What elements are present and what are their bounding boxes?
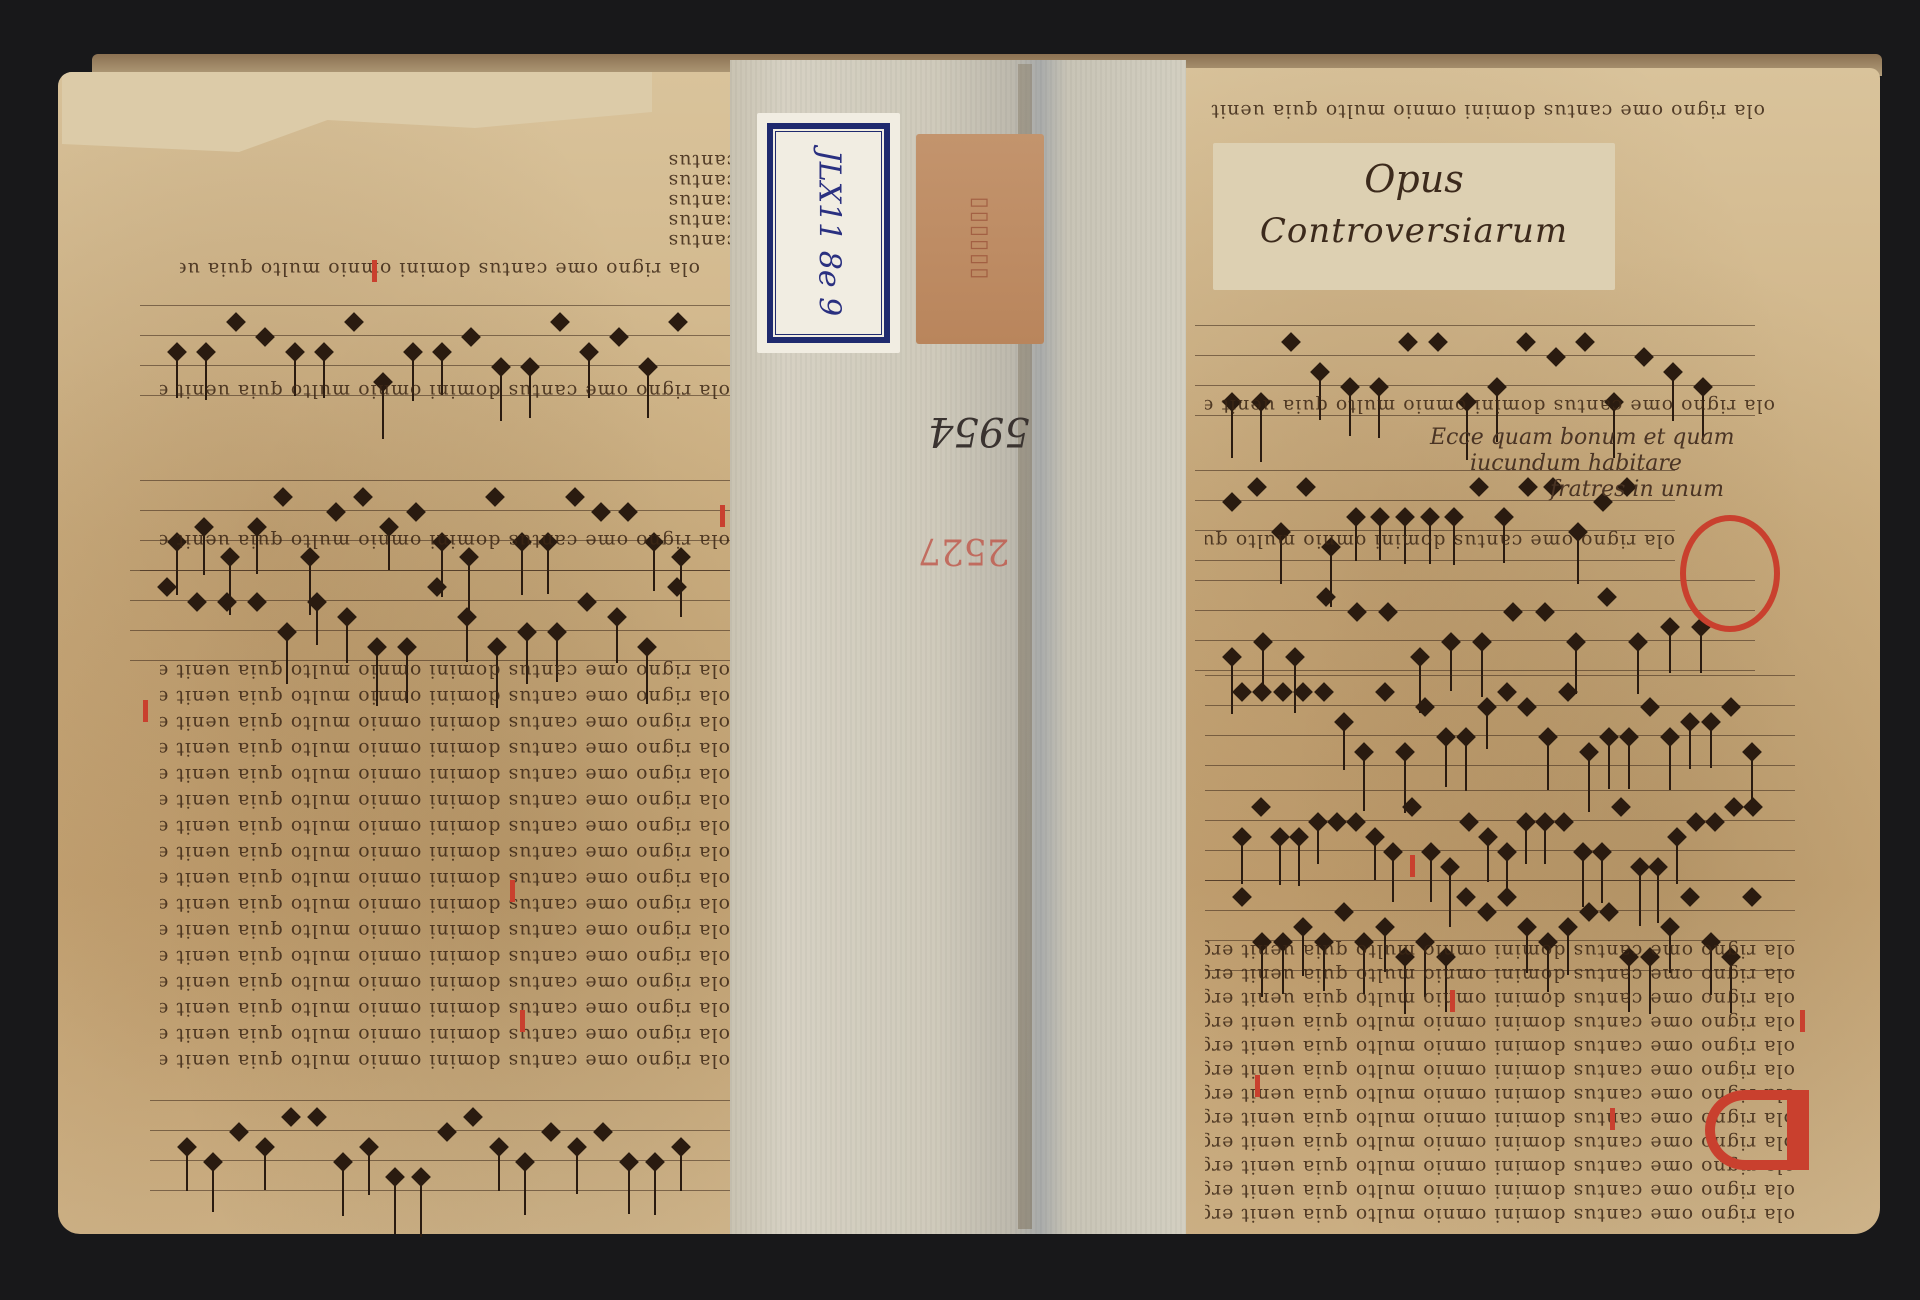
shelf-mark-label: JLX11 8e 9 [757, 113, 900, 353]
manuscript-text-line: ola rigno ome cantus domini omnio multo … [1205, 1060, 1795, 1082]
rubric-mark [510, 880, 515, 902]
note-stem [1657, 868, 1659, 923]
note-stem [1481, 643, 1483, 697]
title-line-2: Controversiarum [1213, 211, 1615, 251]
note-stem [1430, 853, 1432, 902]
manuscript-text-line: ola rigno ome cantus domini omnio multo … [1205, 395, 1775, 417]
note-stem [1676, 838, 1678, 884]
note-stem [1363, 753, 1365, 811]
manuscript-text-line: ola rigno ome cantus domini omnio multo … [1205, 1012, 1795, 1034]
manuscript-text-line: ola rigno ome cantus domini omnio multo … [160, 842, 730, 864]
rubric-mark [1610, 1108, 1615, 1130]
note-stem [1392, 853, 1394, 902]
manuscript-text-line: ola rigno ome cantus domini omnio multo … [1205, 530, 1675, 552]
manuscript-text-line: ola rigno ome cantus domini omnio multo … [1205, 100, 1765, 122]
torn-corner [62, 72, 652, 152]
staff-line [1205, 790, 1795, 791]
note-stem [616, 618, 618, 663]
note-stem [1465, 738, 1467, 791]
note-stem [1445, 738, 1447, 787]
manuscript-text-line: ola rigno ome cantus domini omnio multo … [1205, 1156, 1795, 1178]
rubric-mark [1800, 1010, 1805, 1032]
manuscript-text-line: ola rigno ome cantus domini omnio multo … [1205, 1084, 1795, 1106]
staff-line [1205, 735, 1795, 736]
note-stem [1486, 708, 1488, 749]
rubric-mark [1410, 855, 1415, 877]
staff-line [150, 1160, 730, 1161]
note-stem [1241, 838, 1243, 884]
shelf-mark-text: JLX11 8e 9 [811, 150, 846, 316]
manuscript-text-line: ola rigno ome cantus domini omnio multo … [160, 1050, 730, 1072]
note-stem [1450, 643, 1452, 691]
staff-line [150, 1100, 730, 1101]
manuscript-text-line: ola rigno ome cantus domini omnio multo … [160, 764, 730, 786]
manuscript-text-line: ola rigno ome cantus domini omnio multo … [1205, 1180, 1795, 1202]
manuscript-text-line: ola rigno ome cantus domini omnio multo … [160, 946, 730, 968]
rubric-mark [372, 260, 377, 282]
staff-line [1195, 325, 1755, 326]
manuscript-text-line: ola rigno ome cantus domini omnio multo … [1205, 940, 1795, 962]
manuscript-text-line: ola rigno ome cantus domini omnio multo … [160, 790, 730, 812]
note-stem [420, 1178, 422, 1237]
note-stem [1317, 823, 1319, 864]
annotation-line-1: Ecce quam bonum et quam [1430, 425, 1870, 451]
red-initial-o [1680, 515, 1780, 632]
staff-line [130, 570, 730, 571]
note-stem [576, 1148, 578, 1194]
staff-line [130, 630, 730, 631]
staff-line [1195, 355, 1755, 356]
manuscript-text-line: ola rigno ome cantus domini omnio multo … [1205, 1204, 1795, 1226]
title-label: Opus Controversiarum [1213, 143, 1615, 290]
manuscript-text-line: ola rigno ome cantus domini omnio multo … [160, 894, 730, 916]
title-line-1: Opus [1213, 157, 1615, 201]
note-stem [1628, 738, 1630, 789]
rubric-mark [1255, 1075, 1260, 1097]
note-stem [1487, 838, 1489, 882]
manuscript-text-line: ola rigno ome cantus domini omnio multo … [180, 258, 700, 280]
note-stem [498, 1148, 500, 1191]
manuscript-text-line: ola rigno ome cantus domini omnio multo … [160, 530, 730, 552]
red-initial-d [1705, 1090, 1809, 1170]
rubric-mark [520, 1010, 525, 1032]
spine-number-red: 2527 [918, 530, 1010, 571]
note-stem [1639, 868, 1641, 926]
manuscript-text-line: ola rigno ome cantus domini omnio multo … [160, 868, 730, 890]
staff-line [1195, 560, 1675, 561]
manuscript-text-line: ola rigno ome cantus domini omnio multo … [160, 686, 730, 708]
staff-line [150, 1190, 730, 1191]
manuscript-text-line: ola rigno ome cantus domini omnio multo … [160, 660, 730, 682]
note-stem [1669, 738, 1671, 790]
staff-line [1205, 880, 1795, 881]
note-stem [680, 1148, 682, 1191]
faded-spine-label: ▯▯▯▯▯▯ [916, 134, 1044, 344]
note-stem [1700, 628, 1702, 673]
staff-line [1195, 670, 1755, 671]
note-stem [342, 1163, 344, 1216]
staff-line [140, 335, 730, 336]
note-stem [1601, 853, 1603, 903]
faded-label-text: ▯▯▯▯▯▯ [968, 197, 993, 282]
staff-line [1205, 765, 1795, 766]
manuscript-text-line: ola rigno ome cantus domini omnio multo … [160, 972, 730, 994]
note-stem [1669, 628, 1671, 673]
annotation-line-2: iucundum habitare [1430, 451, 1870, 477]
rubric-mark [720, 505, 725, 527]
rubric-mark [143, 700, 148, 722]
staff-line [1205, 705, 1795, 706]
note-stem [466, 618, 468, 662]
manuscript-text-line: ola rigno ome cantus domini omnio multo … [160, 1024, 730, 1046]
staff-line [1205, 910, 1795, 911]
manuscript-text-line: ola rigno ome cantus domini omnio multo … [1205, 1036, 1795, 1058]
staff-line [140, 305, 730, 306]
note-stem [186, 1148, 188, 1191]
note-stem [1575, 643, 1577, 694]
staff-line [140, 510, 730, 511]
note-stem [1525, 823, 1527, 864]
staff-line [1195, 385, 1755, 386]
note-stem [1544, 823, 1546, 864]
manuscript-text-line: ola rigno ome cantus domini omnio multo … [160, 712, 730, 734]
note-stem [1547, 738, 1549, 790]
spine-number-ink: 5954 [928, 408, 1030, 454]
note-stem [468, 558, 470, 614]
note-stem [524, 1163, 526, 1215]
manuscript-text-line: ola rigno ome cantus domini omnio multo … [1205, 988, 1795, 1010]
note-stem [1608, 738, 1610, 789]
staff-line [1195, 610, 1755, 611]
note-stem [1279, 838, 1281, 885]
note-stem [346, 618, 348, 663]
note-stem [1449, 868, 1451, 927]
note-stem [1374, 838, 1376, 880]
staff-line [140, 480, 730, 481]
handwritten-annotation: Ecce quam bonum et quam iucundum habitar… [1430, 425, 1870, 503]
manuscript-text-line: ola rigno ome cantus domini omnio multo … [160, 816, 730, 838]
note-stem [316, 603, 318, 645]
note-stem [212, 1163, 214, 1212]
note-stem [394, 1178, 396, 1234]
manuscript-text-line: ola rigno ome cantus domini omnio multo … [160, 920, 730, 942]
note-stem [1637, 643, 1639, 694]
note-stem [264, 1148, 266, 1190]
manuscript-book: ola rigno ome cantus domini omnio multo … [0, 0, 1920, 1300]
manuscript-text-line: ola rigno ome cantus domini omnio multo … [160, 738, 730, 760]
note-stem [1343, 723, 1345, 770]
manuscript-text-line: ola rigno ome cantus domini omnio multo … [1205, 964, 1795, 986]
note-stem [628, 1163, 630, 1214]
staff-line [1205, 675, 1795, 676]
note-stem [654, 1163, 656, 1215]
manuscript-text-line: ola rigno ome cantus domini omnio multo … [160, 998, 730, 1020]
manuscript-text-line: ola rigno ome cantus domini omnio multo … [160, 380, 730, 402]
annotation-line-3: fratres in unum [1430, 477, 1870, 503]
note-stem [1689, 723, 1691, 769]
note-stem [1710, 723, 1712, 768]
note-stem [368, 1148, 370, 1195]
note-stem [1588, 753, 1590, 812]
staff-line [1195, 580, 1755, 581]
rubric-mark [1450, 990, 1455, 1012]
note-stem [1298, 838, 1300, 886]
